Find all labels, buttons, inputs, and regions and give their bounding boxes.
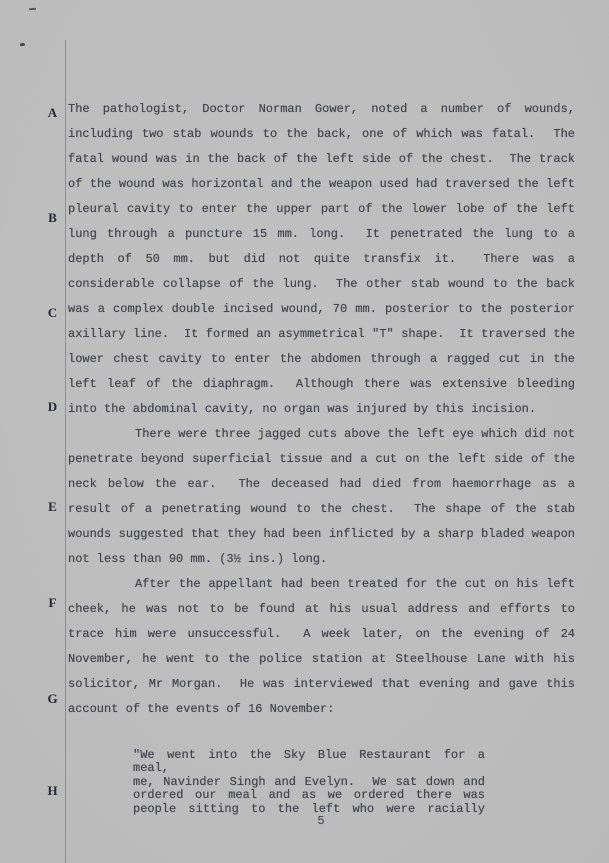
text-line: account of the events of 16 November: (68, 697, 575, 722)
text-line: depth of 50 mm. but did not quite transf… (68, 247, 575, 272)
text-line: fatal wound was in the back of the left … (68, 147, 575, 172)
document-page: ABCDEFGH The pathologist, Doctor Norman … (0, 0, 609, 863)
page-number: 5 (306, 814, 336, 828)
text-line: result of a penetrating wound to the che… (68, 497, 575, 522)
text-line: trace him were unsuccessful. A week late… (68, 622, 575, 647)
text-line: There were three jagged cuts above the l… (68, 422, 575, 447)
margin-letter-c: C (44, 306, 61, 320)
quote-line: "We went into the Sky Blue Restaurant fo… (133, 749, 485, 776)
paragraph: After the appellant had been treated for… (68, 572, 575, 722)
text-line: including two stab wounds to the back, o… (68, 122, 575, 147)
text-line: into the abdominal cavity, no organ was … (68, 397, 575, 422)
text-line: lower chest cavity to enter the abdomen … (68, 347, 575, 372)
paragraph: There were three jagged cuts above the l… (68, 422, 575, 572)
text-line: penetrate beyond superficial tissue and … (68, 447, 575, 472)
text-line: was a complex double incised wound, 70 m… (68, 297, 575, 322)
scan-speck-dot-mark (20, 43, 25, 47)
margin-letter-f: F (44, 596, 61, 610)
main-text: The pathologist, Doctor Norman Gower, no… (68, 97, 575, 722)
text-line: November, he went to the police station … (68, 647, 575, 672)
quote-block: "We went into the Sky Blue Restaurant fo… (133, 749, 485, 816)
text-line: The pathologist, Doctor Norman Gower, no… (68, 97, 575, 122)
text-line: wounds suggested that they had been infl… (68, 522, 575, 547)
margin-letter-h: H (44, 784, 61, 798)
margin-letter-a: A (44, 106, 61, 120)
margin-letter-b: B (44, 211, 61, 225)
quote-line: ordered our meal and as we ordered there… (133, 789, 485, 802)
margin-letter-d: D (44, 400, 61, 414)
text-line: left leaf of the diaphragm. Although the… (68, 372, 575, 397)
margin-letter-g: G (44, 692, 61, 706)
text-line: lung through a puncture 15 mm. long. It … (68, 222, 575, 247)
text-line: of the wound was horizontal and the weap… (68, 172, 575, 197)
text-line: cheek, he was not to be found at his usu… (68, 597, 575, 622)
text-line: solicitor, Mr Morgan. He was interviewed… (68, 672, 575, 697)
text-line: considerable collapse of the lung. The o… (68, 272, 575, 297)
margin-rule (65, 40, 66, 863)
quote-line: me, Navinder Singh and Evelyn. We sat do… (133, 776, 485, 789)
text-line: After the appellant had been treated for… (68, 572, 575, 597)
text-line: neck below the ear. The deceased had die… (68, 472, 575, 497)
text-line: axillary line. It formed an asymmetrical… (68, 322, 575, 347)
scan-speck-dash-mark (29, 8, 36, 10)
paragraph: The pathologist, Doctor Norman Gower, no… (68, 97, 575, 422)
text-line: not less than 90 mm. (3½ ins.) long. (68, 547, 575, 572)
margin-letter-e: E (44, 500, 61, 514)
text-line: pleural cavity to enter the upper part o… (68, 197, 575, 222)
